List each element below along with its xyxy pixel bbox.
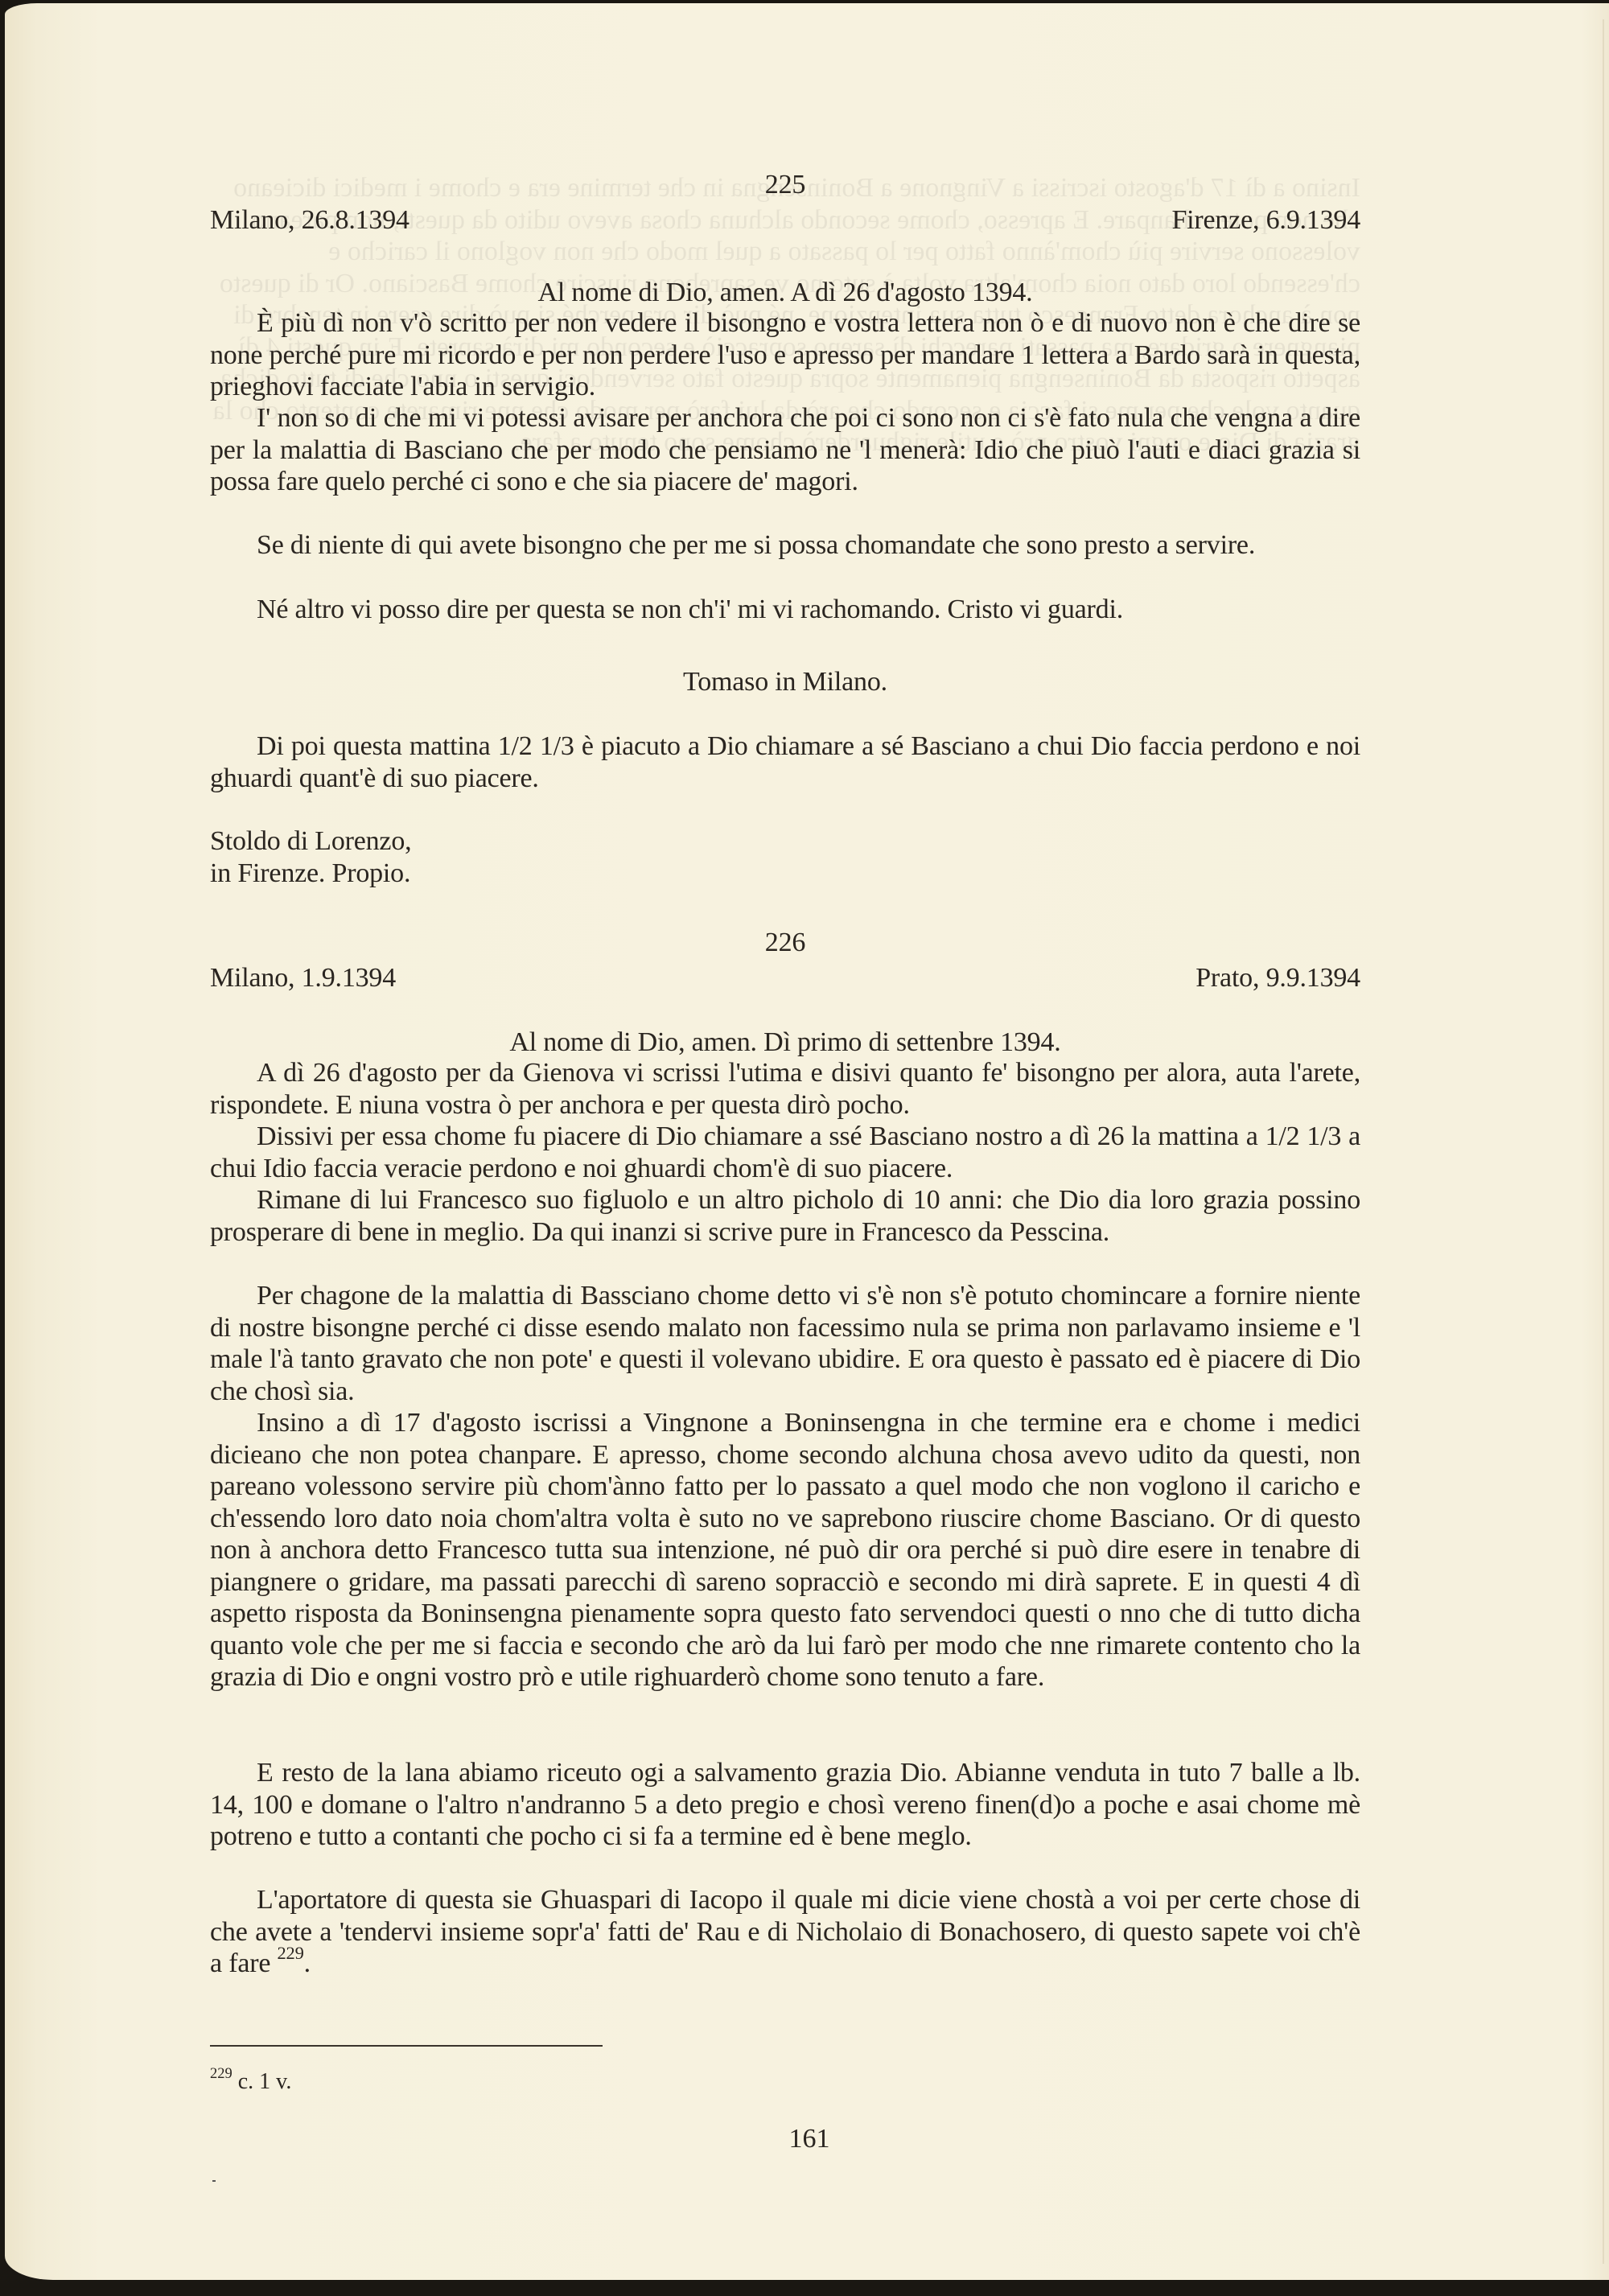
letter-225-postscript: Di poi questa mattina 1/2 1/3 è piacuto … — [210, 730, 1360, 794]
letter-226-destination: Prato, 9.9.1394 — [1195, 962, 1360, 994]
letter-226-header: Milano, 1.9.1394 Prato, 9.9.1394 — [210, 962, 1360, 994]
letter-226-paragraph-7: L'aportatore di questa sie Ghuaspari di … — [210, 1884, 1360, 1980]
letter-225-number: 225 — [210, 169, 1360, 201]
letter-226-opening: Al nome di Dio, amen. Dì primo di setten… — [210, 1027, 1360, 1059]
page-number: 161 — [5, 2124, 1609, 2154]
letter-225-header: Milano, 26.8.1394 Firenze, 6.9.1394 — [210, 204, 1360, 237]
letter-225-paragraph-2: I' non so di che mi vi potessi avisare p… — [210, 402, 1360, 498]
letter-226-origin: Milano, 1.9.1394 — [210, 962, 396, 994]
letter-225-destination: Firenze, 6.9.1394 — [1171, 204, 1360, 237]
footnote-number: 229 — [210, 2065, 233, 2081]
letter-226-paragraph-4: Per chagone de la malattia di Bassciano … — [210, 1280, 1360, 1407]
letter-226-number: 226 — [210, 927, 1360, 959]
letter-226-paragraph-6: E resto de la lana abiamo riceuto ogi a … — [210, 1757, 1360, 1853]
letter-225-paragraph-1: È più dì non v'ò scritto per non vedere … — [210, 307, 1360, 403]
letter-225-signature: Tomaso in Milano. — [210, 666, 1360, 698]
footnote-divider — [210, 2045, 603, 2047]
letter-225-paragraph-3: Se di niente di qui avete bisongno che p… — [210, 529, 1360, 562]
letter-226-paragraph-7-text: L'aportatore di questa sie Ghuaspari di … — [210, 1885, 1360, 1978]
letter-225-origin: Milano, 26.8.1394 — [210, 204, 409, 237]
letter-226-paragraph-5: Insino a dì 17 d'agosto iscrissi a Vingn… — [210, 1407, 1360, 1693]
letter-225-address-line-1: Stoldo di Lorenzo, — [210, 825, 1360, 858]
footnote: 229 c. 1 v. — [210, 2069, 291, 2095]
ink-speck — [212, 2180, 216, 2182]
sentence-end: . — [304, 1948, 311, 1978]
letter-226-paragraph-1: A dì 26 d'agosto per da Gienova vi scris… — [210, 1057, 1360, 1121]
book-page: Insino a dì 17 d'agosto iscrissi a Vingn… — [5, 3, 1609, 2280]
letter-225-opening: Al nome di Dio, amen. A dì 26 d'agosto 1… — [210, 277, 1360, 309]
footnote-text: c. 1 v. — [238, 2069, 292, 2094]
letter-225-address-line-2: in Firenze. Propio. — [210, 858, 1360, 890]
letter-226-paragraph-3: Rimane di lui Francesco suo figluolo e u… — [210, 1184, 1360, 1248]
footnote-reference[interactable]: 229 — [278, 1943, 304, 1963]
letter-226-paragraph-2: Dissivi per essa chome fu piacere di Dio… — [210, 1121, 1360, 1184]
letter-225-paragraph-4: Né altro vi posso dire per questa se non… — [210, 594, 1360, 626]
